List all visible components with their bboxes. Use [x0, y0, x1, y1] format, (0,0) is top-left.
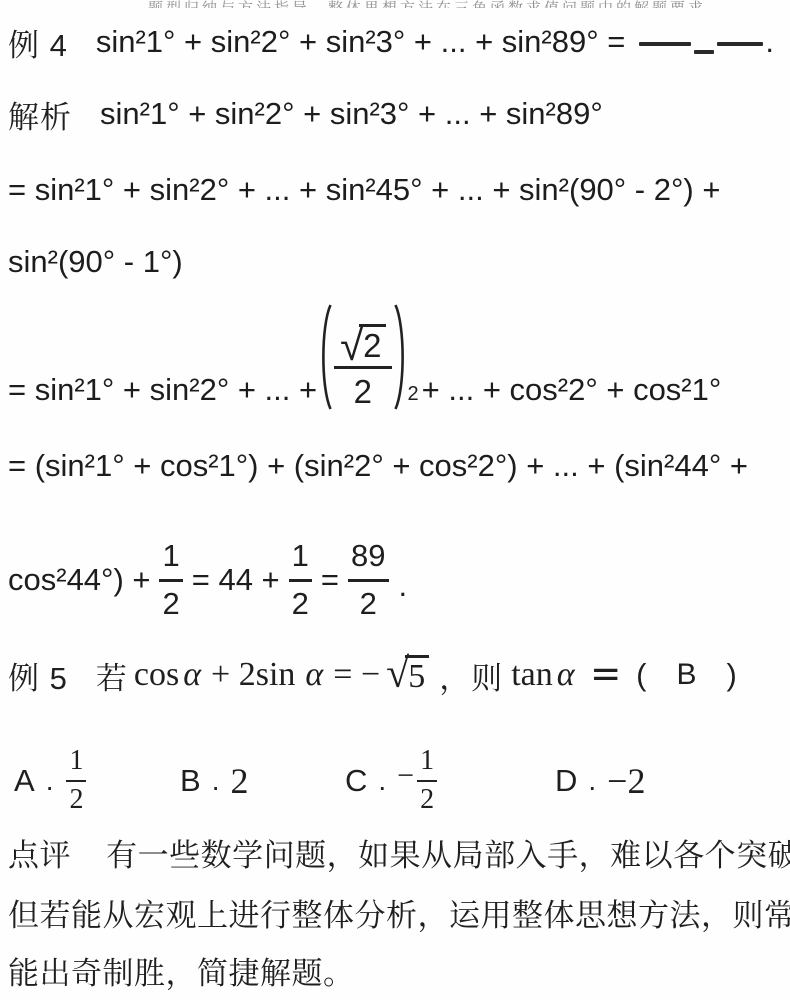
math-tan: tan [511, 656, 553, 694]
radicand: 2 [359, 324, 385, 365]
solution-step-2: sin²(90° - 1°) [8, 244, 183, 280]
example4-period: . [765, 24, 774, 60]
option-b-value: 2 [230, 760, 248, 802]
analysis-expression: sin²1° + sin²2° + sin²3° + ... + sin²89° [100, 96, 603, 132]
minus-sign: − [397, 759, 414, 793]
example5-line: 例 5 若 cos α + 2sin α = − √ 5 ，则 tan α = … [8, 646, 737, 704]
example4-line: 例 4 sin²1° + sin²2° + sin²3° + ... + sin… [8, 18, 774, 66]
option-dot: . [378, 765, 386, 797]
fraction-one-half: 1 2 [289, 539, 312, 620]
option-d: D . −2 [555, 737, 645, 825]
answer-equals: = [592, 658, 619, 692]
squared-exponent: 2 [408, 383, 419, 406]
step5-period: . [399, 568, 408, 604]
option-a: A . 1 2 [14, 737, 88, 825]
math-plus-2sin: + 2sin [211, 656, 295, 694]
fraction-numerator: 1 [66, 746, 86, 782]
radicand: 5 [405, 655, 429, 695]
truncated-text: 题型归纳与方法指导 整体思想方法在三角函数求值问题中的解题要求 [148, 0, 706, 8]
sqrt-5: √ 5 [386, 655, 429, 695]
math-alpha: α [557, 656, 575, 694]
step3-post: + ... + cos²2° + cos²1° [422, 368, 722, 412]
analysis-line: 解析 sin²1° + sin²2° + sin²3° + ... + sin²… [8, 90, 603, 138]
fraction-denominator: 2 [420, 782, 434, 816]
solution-step-5: cos²44°) + 1 2 = 44 + 1 2 = 89 2 . [8, 518, 407, 642]
math-equals-minus: = − [333, 656, 380, 694]
option-letter: A [14, 763, 35, 799]
fraction-denominator: 2 [292, 582, 309, 621]
example5-label: 例 5 [8, 653, 68, 698]
fraction-numerator: 1 [159, 539, 182, 581]
option-d-value: −2 [607, 760, 645, 802]
right-big-paren [393, 302, 409, 412]
answer-choice: B [676, 658, 696, 692]
fraction-numerator: 89 [348, 539, 388, 581]
truncated-previous-line: 题型归纳与方法指导 整体思想方法在三角函数求值问题中的解题要求 [148, 0, 768, 8]
fraction-denominator: 2 [162, 582, 179, 621]
fraction-numerator: √ 2 [334, 324, 391, 369]
fraction-numerator: 1 [289, 539, 312, 581]
comment-line-3: 能出奇制胜，简捷解题。 [8, 948, 355, 993]
option-dot: . [46, 765, 54, 797]
fraction-numerator: 1 [417, 746, 437, 782]
comment-text-1: 有一些数学问题，如果从局部入手，难以各个突破， [106, 838, 790, 873]
option-letter: D [555, 763, 577, 799]
step5-mid: = 44 + [192, 562, 280, 598]
option-c: C . − 1 2 [345, 737, 439, 825]
example4-expression: sin²1° + sin²2° + sin²3° + ... + sin²89°… [96, 24, 625, 60]
step5-equals: = [321, 562, 339, 598]
math-alpha: α [305, 656, 323, 694]
fraction-one-half: 1 2 [159, 539, 182, 620]
document-page: 题型归纳与方法指导 整体思想方法在三角函数求值问题中的解题要求 例 4 sin²… [0, 0, 790, 1000]
fraction-denominator: 2 [360, 582, 377, 621]
answer-paren-open: ( [636, 657, 646, 693]
fraction-denominator: 2 [354, 369, 372, 412]
option-c-fraction: 1 2 [417, 746, 437, 816]
example4-label: 例 4 [8, 20, 68, 65]
answer-paren-close: ) [726, 657, 736, 693]
step5-pre: cos²44°) + [8, 562, 150, 598]
example5-if: 若 [96, 653, 128, 698]
solution-step-1: = sin²1° + sin²2° + ... + sin²45° + ... … [8, 172, 720, 208]
option-letter: B [180, 763, 201, 799]
left-big-paren [317, 302, 333, 412]
solution-step-3: = sin²1° + sin²2° + ... + √ 2 2 2 + ... … [8, 298, 721, 412]
comment-line-2: 但若能从宏观上进行整体分析，运用整体思想方法，则常常 [8, 890, 790, 935]
option-letter: C [345, 763, 367, 799]
example5-then: ，则 [439, 653, 503, 698]
option-dot: . [212, 765, 220, 797]
math-cos: cos [134, 656, 179, 694]
analysis-label: 解析 [8, 92, 72, 137]
option-b: B . 2 [180, 737, 248, 825]
fraction-89-over-2: 89 2 [348, 539, 388, 620]
sqrt2-over-2-fraction: √ 2 2 [334, 324, 391, 412]
comment-label: 点评 [8, 838, 71, 873]
option-dot: . [588, 765, 596, 797]
comment-line-1: 点评 有一些数学问题，如果从局部入手，难以各个突破， [8, 830, 790, 875]
math-alpha: α [183, 656, 201, 694]
option-a-fraction: 1 2 [66, 746, 86, 816]
solution-step-4: = (sin²1° + cos²1°) + (sin²2° + cos²2°) … [8, 448, 748, 484]
answer-blank [639, 31, 763, 54]
fraction-denominator: 2 [69, 782, 83, 816]
step3-pre: = sin²1° + sin²2° + ... + [8, 368, 317, 412]
